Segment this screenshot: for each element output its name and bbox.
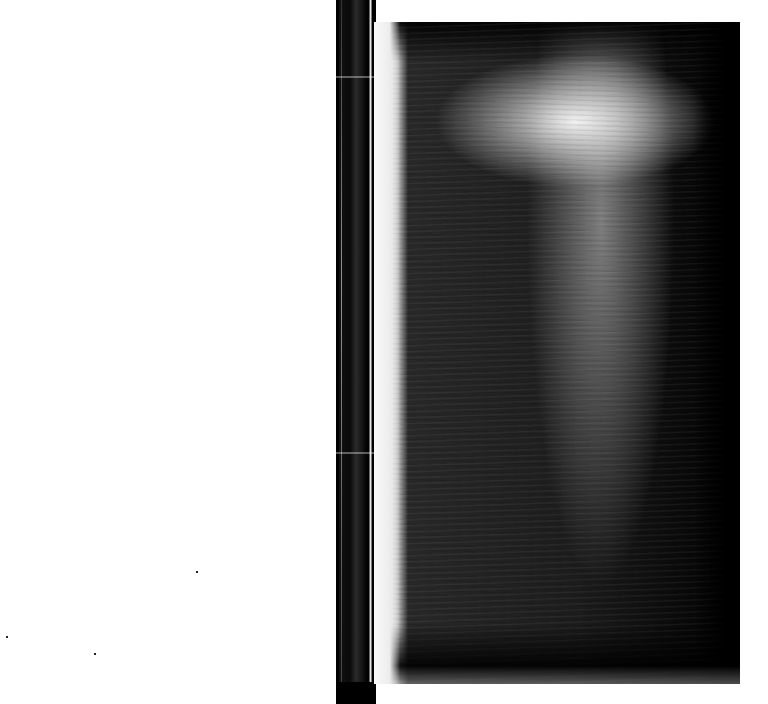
cover-edge xyxy=(694,22,740,684)
cover-left-highlight xyxy=(374,22,400,684)
scan-speck xyxy=(94,653,96,655)
book-spine xyxy=(336,0,376,704)
scan-speck xyxy=(196,571,198,573)
scan-speck xyxy=(6,636,8,638)
scan-page: Scanned book cover (binarized/dithered) … xyxy=(0,0,768,704)
spine-seam xyxy=(336,76,376,78)
spine-seam xyxy=(336,452,376,454)
book-cover xyxy=(374,22,740,684)
spine-foot xyxy=(336,682,376,704)
cover-texture xyxy=(374,22,740,684)
